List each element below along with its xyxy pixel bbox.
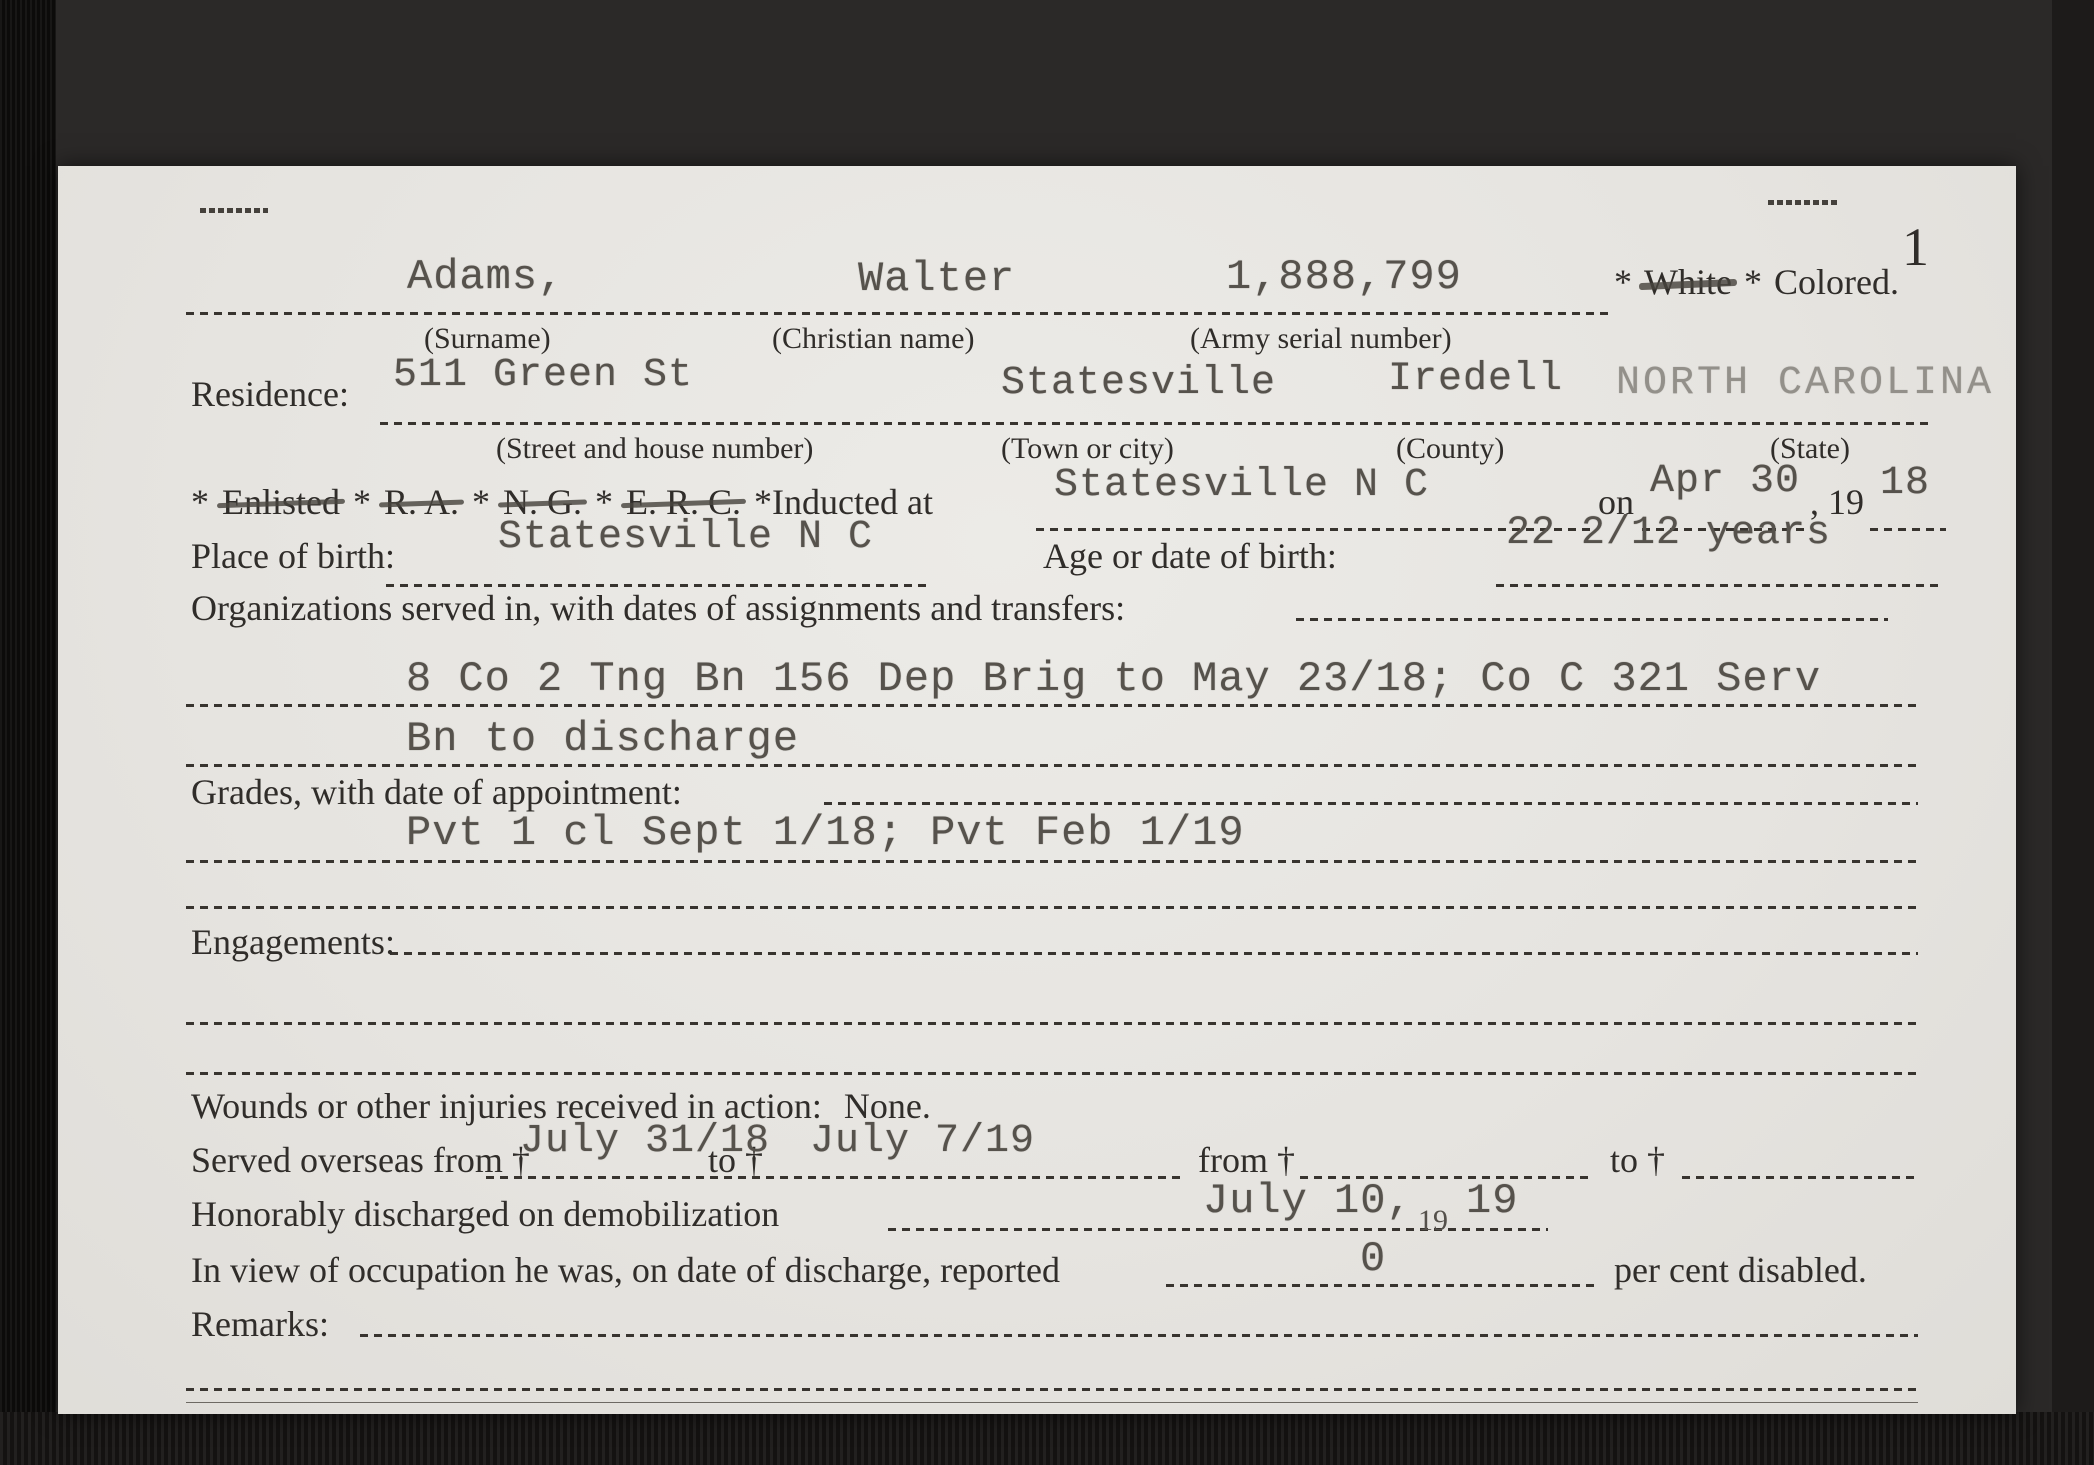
christian-name-label: (Christian name) [772,324,974,354]
scan-left-border [0,0,56,1465]
christian-name-value: Walter [858,258,1015,300]
overseas-from-label: Served overseas from † [191,1142,530,1178]
option-ra: R. A. [384,484,459,520]
remarks-label: Remarks: [191,1306,329,1342]
residence-street-value: 511 Green St [393,356,693,396]
dotted-line [186,1072,1918,1075]
dotted-line [1682,1176,1918,1179]
dotted-line [186,860,1918,863]
scan-right-border [2052,0,2094,1465]
rule-line [186,1402,1918,1403]
dotted-line [1296,618,1888,621]
discharge-label: Honorably discharged on demobilization [191,1196,779,1232]
grades-label: Grades, with date of appointment: [191,774,682,810]
town-label: (Town or city) [1001,434,1174,464]
organizations-line2: Bn to discharge [406,718,799,760]
residence-label: Residence: [191,376,349,412]
dotted-line [186,312,1610,315]
dotted-line [824,802,1918,805]
dotted-line [1166,1284,1596,1287]
race-star-1: * [1614,264,1632,300]
overseas-to-label-2: to † [1610,1142,1665,1178]
discharge-date-value: July 10, [1203,1180,1413,1222]
page-number: 1 [1902,220,1929,274]
dotted-line [186,906,1918,909]
induction-date-value: Apr 30 [1650,462,1800,502]
overseas-to-date: July 7/19 [810,1122,1035,1162]
option-star: * [191,484,209,520]
organizations-line1: 8 Co 2 Tng Bn 156 Dep Brig to May 23/18;… [406,658,1821,700]
dotted-line [186,1388,1918,1391]
surname-value: Adams, [407,256,564,298]
discharge-year-printed: 19 [1418,1206,1448,1236]
dotted-line [360,1334,1918,1337]
dotted-line [186,704,1918,707]
race-option-colored: Colored. [1774,264,1899,300]
engagements-label: Engagements: [191,924,395,960]
overseas-from-date: July 31/18 [520,1122,770,1162]
organizations-label: Organizations served in, with dates of a… [191,590,1125,626]
grades-entry: Pvt 1 cl Sept 1/18; Pvt Feb 1/19 [406,812,1245,854]
option-star: * [353,484,371,520]
disability-value: 0 [1360,1238,1386,1280]
disability-suffix: per cent disabled. [1614,1252,1867,1288]
dotted-line [888,1228,1548,1231]
record-card: 1 Adams, Walter 1,888,799 * White * Colo… [58,166,2016,1414]
dotted-line [390,952,1918,955]
street-label: (Street and house number) [496,434,813,464]
residence-town-value: Statesville [1001,364,1276,404]
overseas-from-label-2: from † [1198,1142,1295,1178]
age-value: 22 2/12 years [1506,514,1831,554]
age-label: Age or date of birth: [1043,538,1337,574]
residence-county-value: Iredell [1388,360,1563,400]
serial-number-value: 1,888,799 [1226,256,1462,298]
discharge-year-value: 19 [1466,1180,1518,1222]
residence-state-value: NORTH CAROLINA [1616,364,1994,404]
dotted-line [1870,528,1946,531]
race-options: * White * Colored. [1614,264,1899,300]
dotted-line [1496,584,1944,587]
disability-label: In view of occupation he was, on date of… [191,1252,1060,1288]
dotted-line [386,584,931,587]
scan-bottom-border [0,1412,2094,1465]
dotted-line [486,1176,1186,1179]
race-option-white: White [1644,264,1732,300]
county-label: (County) [1396,434,1504,464]
induction-year-value: 18 [1880,464,1930,504]
place-of-birth-value: Statesville N C [498,518,873,558]
dotted-line [380,422,1928,425]
option-enlisted: Enlisted [222,484,340,520]
dotted-line [186,764,1918,767]
serial-number-label: (Army serial number) [1190,324,1452,354]
scanned-service-record: 1 Adams, Walter 1,888,799 * White * Colo… [0,0,2094,1465]
corner-dash-left [200,208,268,213]
option-star: * [472,484,490,520]
dotted-line [186,1022,1918,1025]
race-star-2: * [1744,264,1762,300]
corner-dash-right [1768,200,1840,205]
surname-label: (Surname) [424,324,551,354]
place-of-birth-label: Place of birth: [191,538,395,574]
induction-place-value: Statesville N C [1054,466,1429,506]
